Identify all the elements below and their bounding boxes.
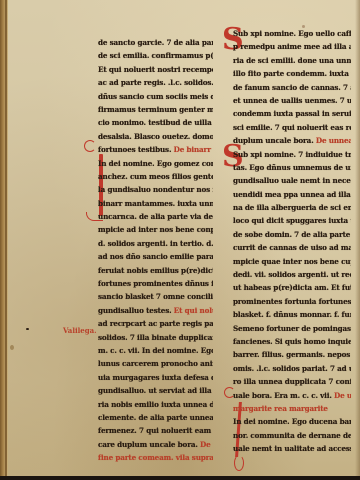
text-line: fermenez. 7 qui noluerit eam irrump xyxy=(98,424,213,437)
line-text: sci emilie. 7 qui noluerit eas restpcare xyxy=(233,123,351,132)
margin-note: Valilega. xyxy=(63,326,97,335)
text-line: sancio blasket 7 omne concilio de uilla xyxy=(98,290,213,303)
line-text: ut habeas p(re)dicta am. Et fut fortunes xyxy=(233,283,351,292)
line-text: fermenez. 7 qui noluerit eam irrump xyxy=(98,426,213,435)
text-line: de sci emilia. confirmamus p(re)dicta am… xyxy=(98,49,213,62)
line-text: desalsia. Blasco ouetez. domo fermeng. xyxy=(98,132,213,141)
text-line: ad nos dño sancio emilie parapua ut xyxy=(98,250,213,263)
text-line: mpicie ad inter nos bene conplacuit a xyxy=(98,223,213,236)
line-text: fancienes. Si quis homo inquietare ut xyxy=(233,337,351,346)
text-line: barrer. filius. germanis. nepos aut ut xyxy=(233,348,351,361)
line-text: barrer. filius. germanis. nepos aut ut xyxy=(233,350,351,359)
line-text: care duplum uncale bora. xyxy=(98,440,198,449)
line-text: fortunoes testibus. xyxy=(98,145,171,154)
line-text: In dei nomine. Ego gomez coniux s xyxy=(98,159,213,168)
manuscript-page: Valilega. S S de sancto garcie. 7 de ali… xyxy=(0,0,360,476)
text-line: nor. communita de dernane de cornnes xyxy=(233,429,351,442)
rubric-text: De unnea albigue xyxy=(314,136,351,145)
line-text: ad recrpcart ac parte regis pariat. .l.c… xyxy=(98,319,213,328)
line-text: ria de sci emilii. done una unnea in xyxy=(233,56,351,65)
text-line: mpicie quae inter nos bene cuplacuit xyxy=(233,255,351,268)
line-text: mpicie quae inter nos bene cuplacuit xyxy=(233,257,351,266)
text-line: fancienes. Si quis homo inquietare ut xyxy=(233,335,351,348)
text-line: sci emilie. 7 qui noluerit eas restpcare xyxy=(233,121,351,134)
line-text: tas. Ego dñnus umnemus de uilla xyxy=(233,163,351,172)
right-text-column: Sub xpi nomine. Ego uello caffallerp rem… xyxy=(233,27,351,456)
text-line: la gundisaluo nondentur nos iuxta xyxy=(98,183,213,196)
text-line: duplum uncale bora. De unnea albigue xyxy=(233,134,351,147)
rubric-text: De unnea et xyxy=(332,391,351,400)
line-text: uale nemt in ualitate ad accessaria nece… xyxy=(233,444,351,453)
line-text: margarite rea margarite xyxy=(233,404,328,413)
text-line: ro illa unnea dupplicata 7 confirmata ut xyxy=(233,375,351,388)
line-text: m. c. c. vii. In dei nomine. Ego ga xyxy=(98,346,213,355)
line-text: binarr mantammes. iuxta unnea de xyxy=(98,199,213,208)
text-line: omis. .l.c. solidos pariat. 7 ad uilla a… xyxy=(233,362,351,375)
line-text: Sub xpi nomine. 7 indiuidue trina. xyxy=(233,150,351,159)
line-text: Semeno fortuner de pomingas. Sabrario xyxy=(233,324,351,333)
line-text: duplum uncale bora. xyxy=(233,136,314,145)
line-text: gundisalluo. ut serviat ad illa albigne xyxy=(98,386,213,395)
line-text: p remedpu anime mee ad illa albigue xyxy=(233,42,351,51)
line-text: Et qui noluerit nostri recempcare pars xyxy=(98,65,213,74)
rubric-text: De unnea in xyxy=(198,440,213,449)
text-line: fortunes prominentes dñnus femeniug. xyxy=(98,277,213,290)
line-text: uia murgagares iuxta defesa de uilla xyxy=(98,373,213,382)
text-line: care duplum uncale bora. De unnea in xyxy=(98,438,213,451)
line-text: prominentes fortunia fortunes. Sancio xyxy=(233,297,351,306)
line-text: de sancto garcie. 7 de alia parte unnea xyxy=(98,38,213,47)
text-line: de sobe domin. 7 de alia parte una que xyxy=(233,228,351,241)
line-text: illo fito parte condemm. iuxta unnea xyxy=(233,69,351,78)
text-line: In dei nomine. Ego gomez coniux s xyxy=(98,157,213,170)
text-line: solidos. 7 illa binate dupplicam. Era xyxy=(98,331,213,344)
text-line: dedi. vii. solidos argenti. ut reciat .i… xyxy=(233,268,351,281)
initial-i-tail-icon xyxy=(234,455,244,471)
text-line: margarite rea margarite xyxy=(233,402,351,415)
line-text: ria nobis emilio iuxta unnea de sobe xyxy=(98,400,213,409)
stain xyxy=(26,328,29,330)
text-line: currit de cannas de uiso ad malenmos xyxy=(233,241,351,254)
text-line: uia murgagares iuxta defesa de uilla xyxy=(98,371,213,384)
line-text: ac ad parte regis. .l.c. solidos. Iube e… xyxy=(98,78,213,87)
line-text: condemm iuxta passal in seruiant ad xyxy=(233,109,351,118)
line-text: uale bora. Era m. c. c. vii. xyxy=(233,391,332,400)
line-text: currit de cannas de uiso ad malenmos xyxy=(233,243,351,252)
text-line: gundisalluo testes. Et qui noluerit xyxy=(98,304,213,317)
line-text: dedi. vii. solidos argenti. ut reciat .i… xyxy=(233,270,351,279)
text-line: Et qui noluerit nostri recempcare pars xyxy=(98,63,213,76)
line-text: nor. communita de dernane de cornnes xyxy=(233,431,351,440)
text-line: binarr mantammes. iuxta unnea de xyxy=(98,197,213,210)
line-text: mpicie ad inter nos bene conplacuit a xyxy=(98,225,213,234)
text-line: fortunoes testibus. De binarr maximus xyxy=(98,143,213,156)
text-line: blasket. f. dñnus monnar. f. fune tellus… xyxy=(233,308,351,321)
text-line: lunus carcerem pronocho anime mee. 7. xyxy=(98,357,213,370)
text-line: uendidi mea ppa unnea ad illa alba xyxy=(233,188,351,201)
line-text: fortunes prominentes dñnus femeniug. xyxy=(98,279,213,288)
text-line: fine parte comeam. vila supra dulcorum xyxy=(98,451,213,464)
line-text: omis. .l.c. solidos pariat. 7 ad uilla a… xyxy=(233,364,351,373)
line-text: loco qui dicit spuggares iuxta unnea xyxy=(233,216,351,225)
text-line: dñus sancio cum sociis meis donamus xyxy=(98,90,213,103)
line-text: solidos. 7 illa binate dupplicam. Era xyxy=(98,333,213,342)
line-text: de sci emilia. confirmamus p(re)dicta am… xyxy=(98,51,213,60)
page-right-edge xyxy=(355,0,360,476)
text-line: uale bora. Era m. c. c. vii. De unnea et xyxy=(233,389,351,402)
text-line: Semeno fortuner de pomingas. Sabrario xyxy=(233,322,351,335)
line-text: cio monimo. testibud de uilla qum xyxy=(98,118,213,127)
text-line: condemm iuxta passal in seruiant ad xyxy=(233,107,351,120)
line-text: la gundisaluo nondentur nos iuxta xyxy=(98,185,213,194)
text-line: illo fito parte condemm. iuxta unnea xyxy=(233,67,351,80)
line-text: de fanum sancio de cannas. 7 ab capite xyxy=(233,83,351,92)
text-line: clemente. de alia parte unnea dehedro xyxy=(98,411,213,424)
text-line: firmamus terminum genter mensura. fan xyxy=(98,103,213,116)
text-line: na de illa albergueria de sci emilii in xyxy=(233,201,351,214)
text-line: Sub xpi nomine. Ego uello caffaller xyxy=(233,27,351,40)
text-line: In dei nomine. Ego ducena barma nie xyxy=(233,415,351,428)
line-text: lunus carcerem pronocho anime mee. 7. xyxy=(98,359,213,368)
stain xyxy=(10,345,14,350)
line-text: blasket. f. dñnus monnar. f. fune tellus… xyxy=(233,310,351,319)
text-line: tas. Ego dñnus umnemus de uilla xyxy=(233,161,351,174)
line-text: firmamus terminum genter mensura. fan xyxy=(98,105,213,114)
text-line: gundisalluo. ut serviat ad illa albigne xyxy=(98,384,213,397)
text-line: m. c. c. vii. In dei nomine. Ego ga xyxy=(98,344,213,357)
line-text: feruiat nobis emilius p(re)dicta am. Et … xyxy=(98,266,213,275)
line-text: et unnea de uallis uenmes. 7 una uia sup xyxy=(233,96,351,105)
rubric-text: Et qui noluerit xyxy=(171,306,213,315)
text-line: desalsia. Blasco ouetez. domo fermeng. xyxy=(98,130,213,143)
text-line: uncarnca. de alia parte via de domin xyxy=(98,210,213,223)
text-line: loco qui dicit spuggares iuxta unnea xyxy=(233,214,351,227)
line-text: ro illa unnea dupplicata 7 confirmata ut xyxy=(233,377,351,386)
text-line: anchez. cum meos filios genter de uil xyxy=(98,170,213,183)
text-line: d. solidos argenti. in tertio. d. denari… xyxy=(98,237,213,250)
line-text: ad nos dño sancio emilie parapua ut xyxy=(98,252,213,261)
text-line: ac ad parte regis. .l.c. solidos. Iube e… xyxy=(98,76,213,89)
text-line: p remedpu anime mee ad illa albigue xyxy=(233,40,351,53)
text-line: ut habeas p(re)dicta am. Et fut fortunes xyxy=(233,281,351,294)
text-line: ad recrpcart ac parte regis pariat. .l.c… xyxy=(98,317,213,330)
line-text: gundisalluo uale nemt in necessitate. xyxy=(233,176,351,185)
text-line: de sancto garcie. 7 de alia parte unnea xyxy=(98,36,213,49)
text-line: feruiat nobis emilius p(re)dicta am. Et … xyxy=(98,264,213,277)
line-text: fine parte comeam. vila supra dulcorum xyxy=(98,453,213,462)
left-text-column: de sancto garcie. 7 de alia parte unnead… xyxy=(98,36,213,465)
text-line: ria de sci emilii. done una unnea in xyxy=(233,54,351,67)
line-text: uendidi mea ppa unnea ad illa alba xyxy=(233,190,351,199)
line-text: gundisalluo testes. xyxy=(98,306,171,315)
line-text: de sobe domin. 7 de alia parte una que xyxy=(233,230,351,239)
line-text: d. solidos argenti. in tertio. d. denari… xyxy=(98,239,213,248)
text-line: et unnea de uallis uenmes. 7 una uia sup xyxy=(233,94,351,107)
rubric-text: De binarr maximus xyxy=(171,145,213,154)
text-line: prominentes fortunia fortunes. Sancio xyxy=(233,295,351,308)
line-text: na de illa albergueria de sci emilii in xyxy=(233,203,351,212)
line-text: dñus sancio cum sociis meis donamus xyxy=(98,92,213,101)
line-text: sancio blasket 7 omne concilio de uilla xyxy=(98,292,213,301)
text-line: gundisalluo uale nemt in necessitate. xyxy=(233,174,351,187)
text-line: Sub xpi nomine. 7 indiuidue trina. xyxy=(233,148,351,161)
text-line: ria nobis emilio iuxta unnea de sobe xyxy=(98,398,213,411)
text-line: uale nemt in ualitate ad accessaria nece… xyxy=(233,442,351,455)
line-text: anchez. cum meos filios genter de uil xyxy=(98,172,213,181)
line-text: clemente. de alia parte unnea dehedro xyxy=(98,413,213,422)
initial-i-flourish-icon xyxy=(84,140,96,152)
text-line: de fanum sancio de cannas. 7 ab capite xyxy=(233,81,351,94)
text-line: cio monimo. testibud de uilla qum xyxy=(98,116,213,129)
line-text: uncarnca. de alia parte via de domin xyxy=(98,212,213,221)
line-text: In dei nomine. Ego ducena barma nie xyxy=(233,417,351,426)
gutter-fold-line xyxy=(5,0,7,476)
line-text: Sub xpi nomine. Ego uello caffaller xyxy=(233,29,351,38)
